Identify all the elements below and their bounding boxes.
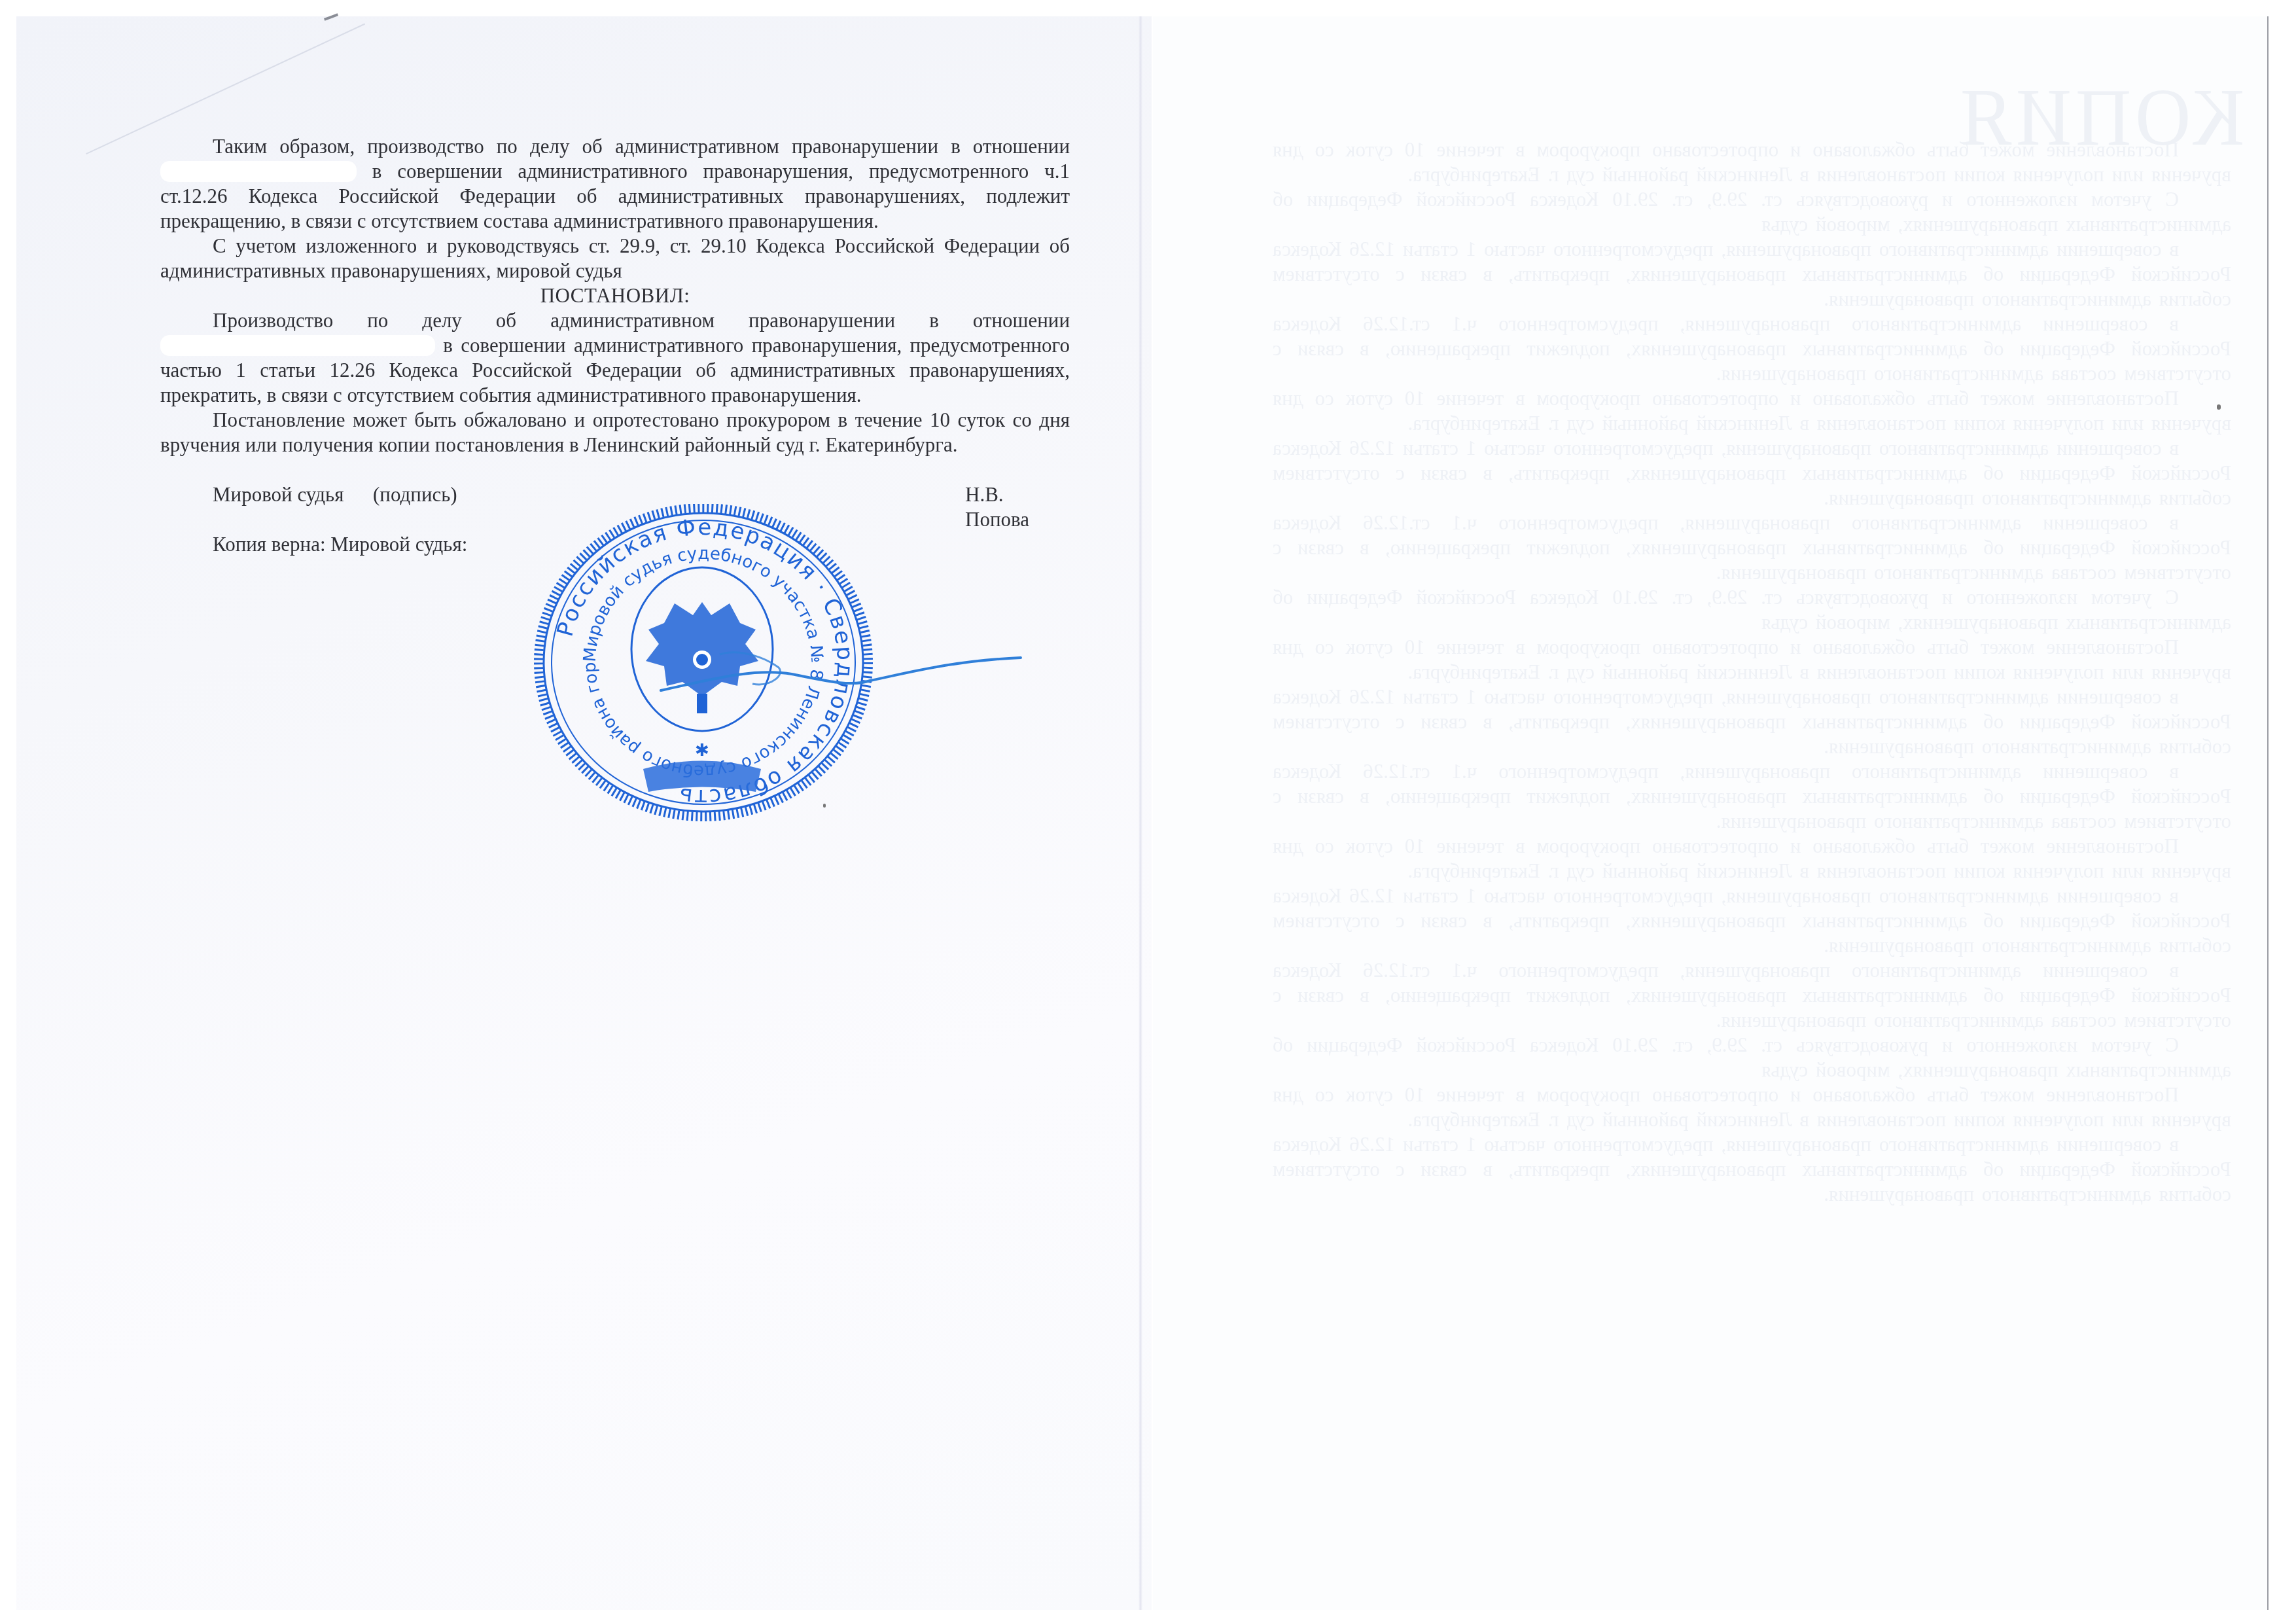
scan-speck	[2217, 404, 2221, 410]
bleed-paragraph: Постановление может быть обжаловано и оп…	[1273, 1082, 2231, 1132]
page-fold-line	[1139, 16, 1142, 1610]
redacted-name	[160, 335, 435, 356]
bleed-paragraph: С учетом изложенного и руководствуясь ст…	[1273, 1033, 2231, 1082]
bleed-paragraph: в совершении административного правонару…	[1273, 759, 2231, 834]
guided-by-paragraph: С учетом изложенного и руководствуясь ст…	[160, 234, 1070, 283]
bleed-paragraph: в совершении административного правонару…	[1273, 685, 2231, 759]
bleed-paragraph: Постановление может быть обжаловано и оп…	[1273, 386, 2231, 436]
bleed-paragraph: в совершении административного правонару…	[1273, 958, 2231, 1033]
bleed-paragraph: Постановление может быть обжаловано и оп…	[1273, 834, 2231, 883]
scanned-spread: КОПИЯ Постановление может быть обжалован…	[0, 0, 2296, 1623]
bleed-paragraph: С учетом изложенного и руководствуясь ст…	[1273, 585, 2231, 635]
bleed-through-text: Постановление может быть обжаловано и оп…	[1273, 137, 2231, 1207]
judge-name: Н.В. Попова	[965, 482, 1070, 532]
bleed-paragraph: в совершении административного правонару…	[1273, 510, 2231, 585]
bleed-paragraph: в совершении административного правонару…	[1273, 1132, 2231, 1207]
bleed-paragraph: в совершении административного правонару…	[1273, 436, 2231, 510]
bleed-paragraph: в совершении административного правонару…	[1273, 883, 2231, 958]
handwritten-signature	[654, 628, 1060, 707]
redacted-name	[160, 161, 357, 182]
bleed-paragraph: в совершении административного правонару…	[1273, 237, 2231, 312]
signature-note: (подпись)	[373, 482, 457, 507]
appeal-paragraph: Постановление может быть обжаловано и оп…	[160, 408, 1070, 457]
bleed-paragraph: Постановление может быть обжаловано и оп…	[1273, 635, 2231, 685]
bleed-paragraph: Постановление может быть обжаловано и оп…	[1273, 137, 2231, 187]
bleed-paragraph: С учетом изложенного и руководствуясь ст…	[1273, 187, 2231, 237]
conclusion-text-start: Таким образом, производство по делу об а…	[213, 135, 1070, 158]
ruling-heading: ПОСТАНОВИЛ:	[160, 283, 1070, 308]
signature-role: Мировой судья	[213, 482, 344, 507]
court-ruling-text: Таким образом, производство по делу об а…	[160, 134, 1070, 557]
bleed-paragraph: в совершении административного правонару…	[1273, 312, 2231, 386]
resolution-text-start: Производство по делу об административном…	[213, 309, 1070, 332]
star-icon: ✱	[695, 741, 709, 760]
conclusion-paragraph: Таким образом, производство по делу об а…	[160, 134, 1070, 234]
resolution-paragraph: Производство по делу об административном…	[160, 308, 1070, 408]
